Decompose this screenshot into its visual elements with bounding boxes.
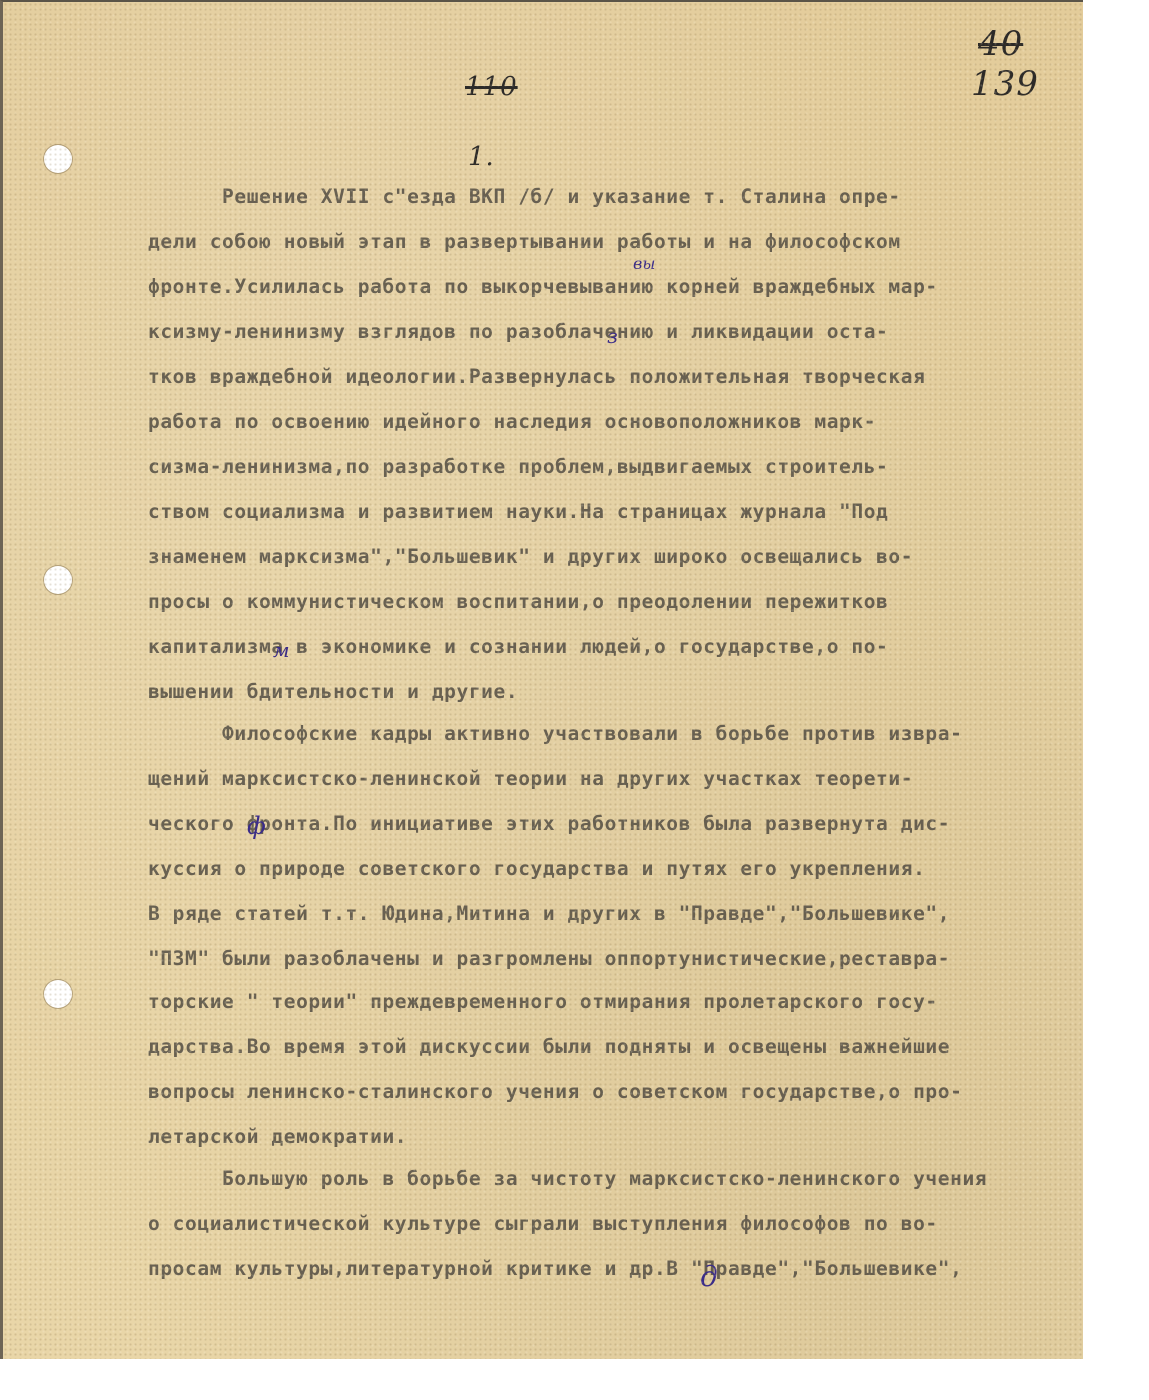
- text-line: фронте.Усилилась работа по выкорчевывани…: [148, 275, 938, 298]
- text-line: ксизму-ленинизму взглядов по разоблачени…: [148, 320, 888, 343]
- text-line: куссия о природе советского государства …: [148, 857, 925, 880]
- text-line: Большую роль в борьбе за чистоту марксис…: [148, 1167, 987, 1190]
- text-line: сизма-ленинизма,по разработке проблем,вы…: [148, 455, 888, 478]
- text-line: просы о коммунистическом воспитании,о пр…: [148, 590, 888, 613]
- handwritten-correction: д: [700, 1260, 718, 1293]
- text-line: Решение XVII с"езда ВКП /б/ и указание т…: [148, 185, 901, 208]
- handwritten-correction: вы: [633, 254, 655, 273]
- original-page-number-struck: 110: [465, 72, 518, 102]
- handwritten-correction: ф: [247, 812, 266, 840]
- text-line: "ПЗМ" были разоблачены и разгромлены опп…: [148, 947, 950, 970]
- punch-hole: [44, 145, 72, 173]
- text-line: вышении бдительности и другие.: [148, 680, 518, 703]
- text-line: торские " теории" преждевременного отмир…: [148, 990, 938, 1013]
- punch-hole: [44, 980, 72, 1008]
- text-line: летарской демократии.: [148, 1125, 407, 1148]
- text-line: Философские кадры активно участвовали в …: [148, 722, 962, 745]
- text-line: ческого фронта.По инициативе этих работн…: [148, 812, 950, 835]
- text-line: дарства.Во время этой дискуссии были под…: [148, 1035, 950, 1058]
- text-line: ством социализма и развитием науки.На ст…: [148, 500, 888, 523]
- text-line: капитализма в экономике и сознании людей…: [148, 635, 888, 658]
- text-line: тков враждебной идеологии.Развернулась п…: [148, 365, 925, 388]
- text-line: дели собою новый этап в развертывании ра…: [148, 230, 901, 253]
- archive-page-number-struck: 40: [978, 24, 1023, 64]
- document-page: 40 139 110 1. Решение XVII с"езда ВКП /б…: [0, 0, 1083, 1359]
- text-line: о социалистической культуре сыграли выст…: [148, 1212, 938, 1235]
- handwritten-correction: з: [607, 324, 618, 348]
- punch-hole: [44, 566, 72, 594]
- text-line: знаменем марксизма","Большевик" и других…: [148, 545, 913, 568]
- handwritten-correction: м: [273, 638, 290, 662]
- archive-page-number: 139: [971, 64, 1039, 104]
- text-line: В ряде статей т.т. Юдина,Митина и других…: [148, 902, 950, 925]
- text-line: работа по освоению идейного наследия осн…: [148, 410, 876, 433]
- text-line: просам культуры,литературной критике и д…: [148, 1257, 962, 1280]
- text-line: щений марксистско-ленинской теории на др…: [148, 767, 913, 790]
- text-line: вопросы ленинско-сталинского учения о со…: [148, 1080, 962, 1103]
- section-mark: 1.: [468, 142, 495, 172]
